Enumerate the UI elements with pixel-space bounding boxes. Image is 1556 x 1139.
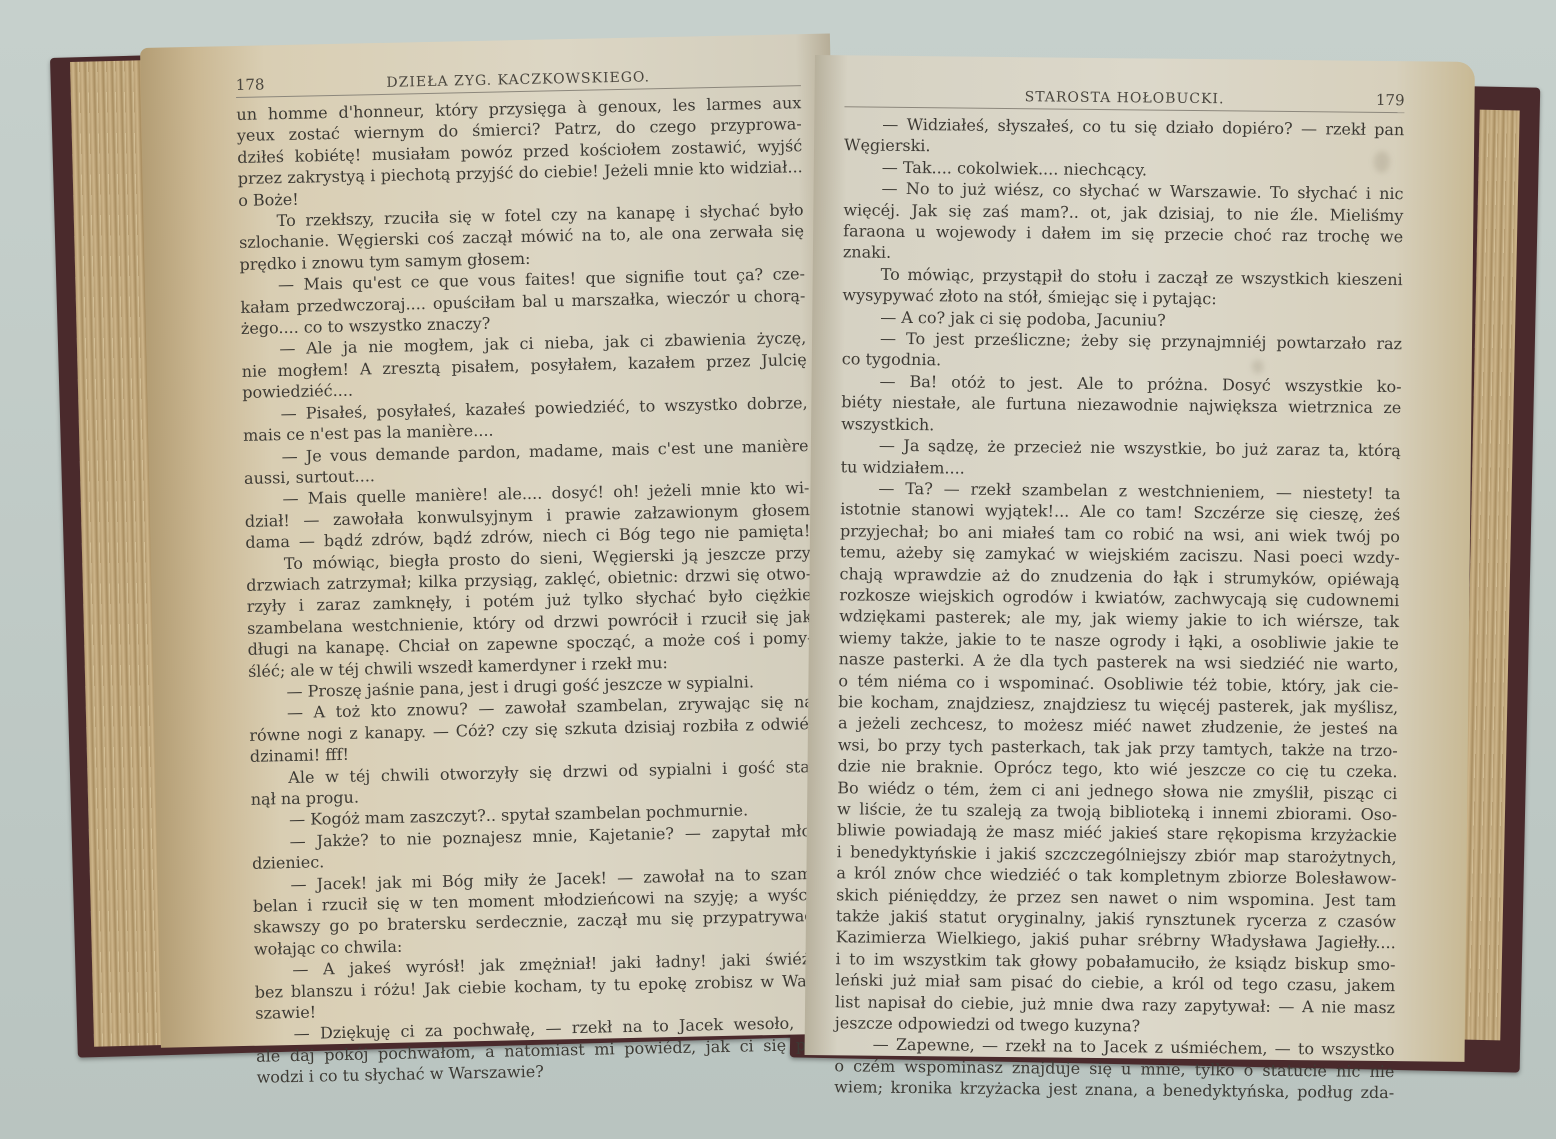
stain	[1252, 360, 1264, 374]
running-head-left: 178 DZIEŁA ZYG. KACZKOWSKIEGO. 000	[236, 64, 801, 98]
page-body: — Widziałeś, słyszałeś, co tu się działo…	[834, 113, 1404, 1103]
running-head-title: DZIEŁA ZYG. KACZKOWSKIEGO.	[264, 67, 772, 94]
page-body: un homme d'honneur, który przysięga à ge…	[236, 92, 821, 1088]
page-number: 178	[236, 75, 265, 94]
page-number: 179	[1376, 91, 1405, 109]
running-head-title: STAROSTA HOŁOBUCKI.	[873, 88, 1376, 109]
right-page: 000 STAROSTA HOŁOBUCKI. 179 — Widziałeś,…	[805, 55, 1475, 1062]
running-head-right: 000 STAROSTA HOŁOBUCKI. 179	[844, 85, 1404, 113]
left-page: 178 DZIEŁA ZYG. KACZKOWSKIEGO. 000 un ho…	[140, 34, 851, 1048]
